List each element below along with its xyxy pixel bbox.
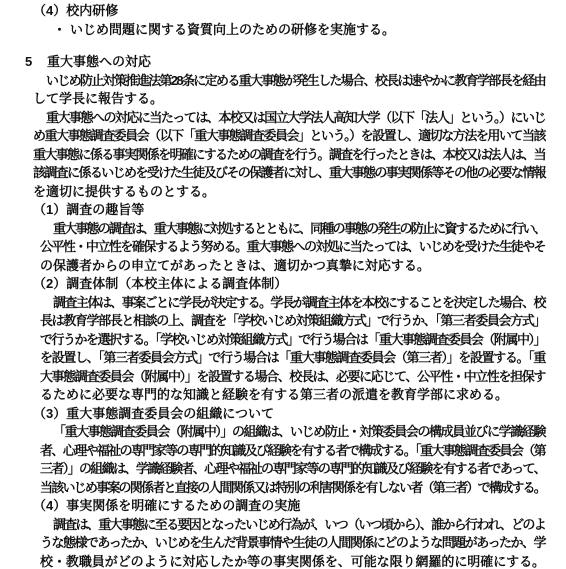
body-line: で行うかを選択する。「学校いじめ対策組織方式」で行う場合は「重大事態調査委員会（…: [0, 331, 566, 350]
body-line: 当該いじめ事案の関係者と直接の人間関係又は特別の利害関係を有しない者（第三者）で…: [0, 479, 566, 498]
body-line: 校・教職員がどのように対応したか等の事実関係を、可能な限り網羅的に明確にする。: [0, 553, 566, 569]
body-line: を設置し、「第三者委員会方式」で行う場合は「重大事態調査委員会（第三者）」を設置…: [0, 349, 566, 368]
body-line: 重大事態に係る事実関係を明確にするための調査を行う。調査を行ったときは、本校又は…: [0, 146, 566, 165]
subsection-heading: （3）重大事態調査委員会の組織について: [0, 405, 566, 424]
body-line: 「重大事態調査委員会（附属中）」の組織は、いじめ防止・対策委員会の構成員並びに学…: [0, 423, 566, 442]
body-line: うな態様であったか、いじめを生んだ背景事情や生徒の人間関係にどのような問題があっ…: [0, 534, 566, 553]
body-line: 調査は、重大事態に至る要因となったいじめ行為が、いつ（いつ頃から）、誰から行われ…: [0, 516, 566, 535]
body-line: るために必要な専門的な知識と経験を有する第三者の派遣を教育学部に求める。: [0, 386, 566, 405]
subsection-heading-text: （1）調査の趣旨等: [33, 202, 144, 217]
subsection-heading-text: （3）重大事態調査委員会の組織について: [33, 406, 274, 421]
section-heading: 5重大事態への対応: [0, 53, 566, 72]
body-line: いじめ防止対策推進法第28条に定める重大事態が発生した場合、校長は速やかに教育学…: [0, 72, 566, 91]
body-line: 公平性・中立性を確保するよう努める。重大事態への対処に当たっては、いじめを受けた…: [0, 238, 566, 257]
body-line: 該調査に係るいじめを受けた生徒及びその保護者に対し、重大事態の事実関係等その他の…: [0, 164, 566, 183]
subsection-heading: （1）調査の趣旨等: [0, 201, 566, 220]
section-number: 5: [25, 53, 47, 72]
subsection-heading: （4）事実関係を明確にするための調査の実施: [0, 497, 566, 516]
section-heading-text: 重大事態への対応: [47, 54, 151, 69]
body-line: 重大事態の調査は、重大事態に対処するとともに、同種の事態の発生の防止に資するため…: [0, 220, 566, 239]
body-line: 長は教育学部長と相談の上、調査を「学校いじめ対策組織方式」で行うか、「第三者委員…: [0, 312, 566, 331]
subsection-heading: （2）調査体制（本校主体による調査体制）: [0, 275, 566, 294]
subsection-heading-text: （2）調査体制（本校主体による調査体制）: [33, 276, 287, 291]
body-line: 調査主体は、事案ごとに学長が決定する。学長が調査主体を本校にすることを決定した場…: [0, 294, 566, 313]
body-line: を適切に提供するものとする。: [0, 183, 566, 202]
document-page: （4）校内研修 ・いじめ問題に関する資質向上のための研修を実施する。 5重大事態…: [0, 0, 566, 569]
body-line: め重大事態調査委員会（以下「重大事態調査委員会」という。）を設置し、適切な方法を…: [0, 127, 566, 146]
body-line: 大事態調査委員会（附属中）」を設置する場合、校長は、必要に応じて、公平性・中立性…: [0, 368, 566, 387]
body-line: 三者）」の組織は、学識経験者、心理や福祉の専門家等の専門的知識及び経験を有する者…: [0, 460, 566, 479]
body-line: して学長に報告する。: [0, 90, 566, 109]
subsection-heading: （4）校内研修: [0, 2, 566, 21]
subsection-heading-text: （4）事実関係を明確にするための調査の実施: [33, 498, 300, 513]
bullet-icon: ・: [53, 21, 70, 40]
subsection-heading-text: （4）校内研修: [33, 3, 118, 18]
body-line: の保護者からの申立てがあったときは、適切かつ真摯に対応する。: [0, 257, 566, 276]
body-line: 重大事態への対応に当たっては、本校又は国立大学法人高知大学（以下「法人」という。…: [0, 109, 566, 128]
bullet-item-text: いじめ問題に関する資質向上のための研修を実施する。: [70, 22, 395, 37]
body-line: 者、心理や福祉の専門家等の専門的知識及び経験を有する者で構成する。「重大事態調査…: [0, 442, 566, 461]
bullet-item: ・いじめ問題に関する資質向上のための研修を実施する。: [0, 21, 566, 40]
